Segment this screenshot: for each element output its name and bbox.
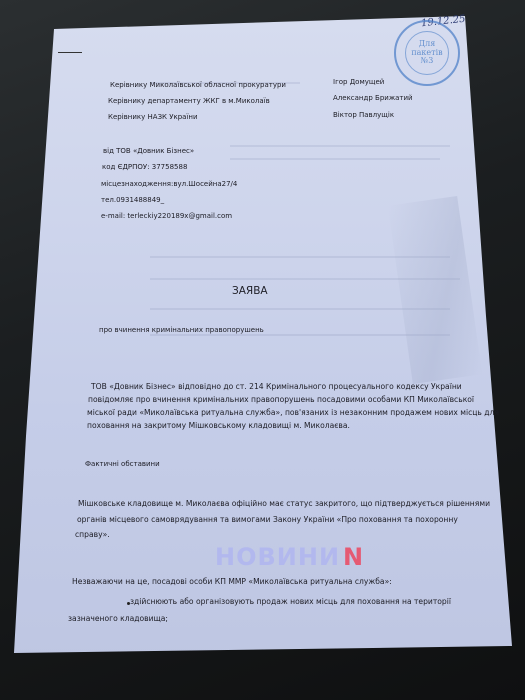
addressee-name: Віктор Павлущік [333,112,394,119]
sender-phone: тел.0931488849_ [101,197,164,204]
section-heading: Фактичні обставини [85,461,160,468]
top-left-dash [58,52,82,53]
intro-line: міської ради «Миколаївська ритуальна слу… [87,409,499,417]
despite-line: Незважаючи на це, посадові особи КП ММР … [72,578,392,586]
bullet-item-line: здійснюють або організовують продаж нови… [130,598,451,606]
facts-line: органів місцевого самоврядування та вимо… [77,516,458,524]
addressee-position: Керівнику Миколаївської обласної прокура… [110,82,286,89]
document-subtitle: про вчинення кримінальних правопорушень [99,327,264,334]
watermark-logo-letter: N [343,543,364,571]
sender-edrpou: код ЄДРПОУ: 37758588 [102,164,187,171]
addressee-name: Ігор Домущей [333,79,384,86]
show-through-line [230,145,450,147]
intro-line: повідомляє про вчинення кримінальних пра… [88,396,474,404]
addressee-name: Александр Брижатий [333,95,413,102]
facts-line: справу». [75,531,110,539]
intro-line: ТОВ «Довник Бізнес» відповідно до ст. 21… [91,383,462,391]
stamp-line-3: №3 [421,57,434,66]
facts-line: Мішковське кладовище м. Миколаєва офіцій… [78,500,490,508]
sender-address: місцезнаходження:вул.Шосейна27/4 [101,181,237,188]
sender-from: від ТОВ «Довник Бізнес» [103,148,194,155]
addressee-position: Керівнику НАЗК України [108,114,198,121]
document-photo: 19.12.25 Для пакетів №3 Керівнику Микола… [0,0,525,700]
show-through-line [230,158,440,160]
registration-stamp: Для пакетів №3 [394,20,460,86]
intro-line: поховання на закритому Мішковському клад… [87,422,350,430]
document-title: ЗАЯВА [232,286,268,297]
sender-email: e-mail: terleckiy220189x@gmail.com [101,213,232,220]
news-watermark: НОВИНИN [215,543,364,571]
addressee-position: Керівнику департаменту ЖКГ в м.Миколаїв [108,98,270,105]
watermark-text: НОВИНИ [215,543,340,571]
bullet-item-line: зазначеного кладовища; [68,615,168,623]
